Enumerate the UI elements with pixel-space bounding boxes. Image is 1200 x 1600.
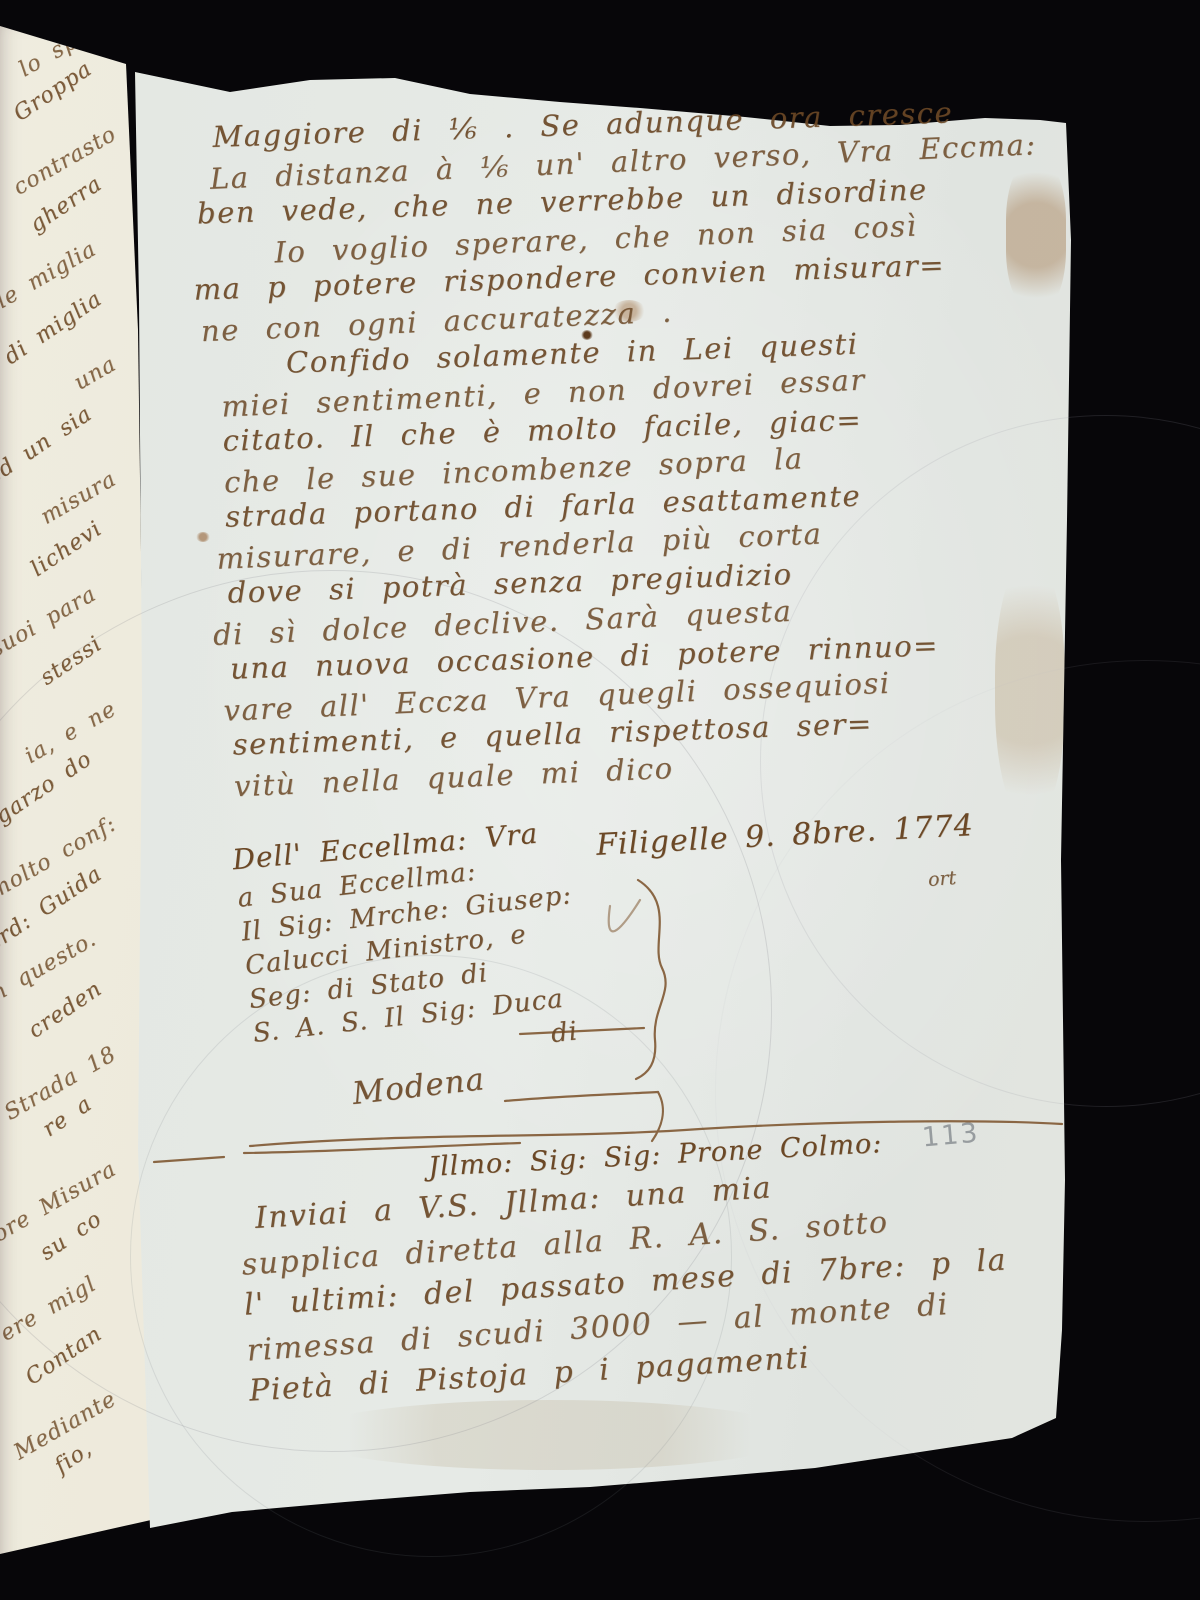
address-line: di [549, 1015, 589, 1053]
letter1-address-block: a Sua Eccellma:Il Sig: Mrche: Giusep:Cal… [236, 846, 593, 1120]
page-number: 113 [921, 1118, 981, 1154]
manuscript-photo: à quellolo spuneGroppacontrastogherrale … [0, 0, 1200, 1600]
address-brace [636, 880, 666, 1079]
letter1-body: Maggiore di ⅙ . Se adunque ora cresceLa … [212, 91, 1094, 803]
letter1-dateline-paraph: ort [927, 867, 957, 891]
ink-layer: Maggiore di ⅙ . Se adunque ora cresceLa … [0, 0, 1200, 1600]
